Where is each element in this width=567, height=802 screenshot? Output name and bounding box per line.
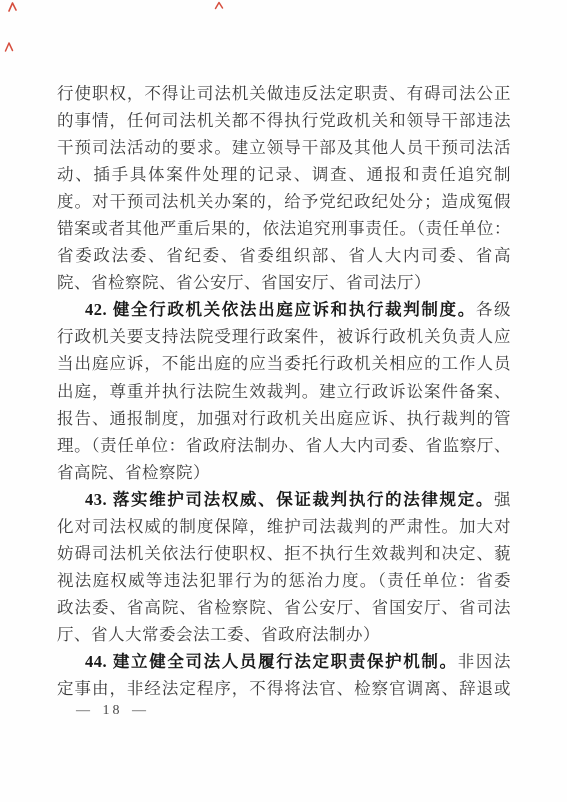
text-segment: 省高院、省检察院） [57, 463, 210, 482]
text-line: 42. 健全行政机关依法出庭应诉和执行裁判制度。各级 [57, 296, 511, 323]
text-line: 厅、省人大常委会法工委、省政府法制办） [57, 621, 511, 648]
text-segment: 度。对干预司法机关办案的，给予党纪政纪处分；造成冤假 [57, 192, 511, 211]
text-segment: 干预司法活动的要求。建立领导干部及其他人员干预司法活 [57, 138, 511, 157]
text-segment: 院、省检察院、省公安厅、省国安厅、省司法厅） [57, 273, 431, 292]
red-scan-mark-icon [7, 1, 19, 13]
text-segment: 厅、省人大常委会法工委、省政府法制办） [57, 625, 380, 644]
text-line: 度。对干预司法机关办案的，给予党纪政纪处分；造成冤假 [57, 188, 511, 215]
text-line: 干预司法活动的要求。建立领导干部及其他人员干预司法活 [57, 134, 511, 161]
text-line: 省高院、省检察院） [57, 459, 511, 486]
text-segment: 报告、通报制度，加强对行政机关出庭应诉、执行裁判的管 [57, 409, 511, 428]
red-scan-mark-icon [214, 1, 224, 10]
text-line: 当出庭应诉，不能出庭的应当委托行政机关相应的工作人员 [57, 350, 511, 377]
document-body: 行使职权，不得让司法机关做违反法定职责、有碍司法公正的事情，任何司法机关都不得执… [57, 80, 511, 702]
text-line: 省委政法委、省纪委、省委组织部、省人大内司委、省高 [57, 242, 511, 269]
document-page: 行使职权，不得让司法机关做违反法定职责、有碍司法公正的事情，任何司法机关都不得执… [0, 0, 567, 802]
red-scan-mark-icon [3, 41, 15, 53]
page-number: — 18 — [76, 703, 149, 719]
text-line: 错案或者其他严重后果的，依法追究刑事责任。（责任单位： [57, 215, 511, 242]
text-segment: 非因法 [458, 652, 511, 671]
bold-text-segment: 42. 健全行政机关依法出庭应诉和执行裁判制度。 [85, 300, 476, 319]
text-line: 行政机关要支持法院受理行政案件，被诉行政机关负责人应 [57, 323, 511, 350]
paragraph-item-42: 42. 健全行政机关依法出庭应诉和执行裁判制度。各级行政机关要支持法院受理行政案… [57, 296, 511, 485]
text-line: 定事由，非经法定程序，不得将法官、检察官调离、辞退或 [57, 675, 511, 702]
text-segment: 政法委、省高院、省检察院、省公安厅、省国安厅、省司法 [57, 598, 511, 617]
text-line: 院、省检察院、省公安厅、省国安厅、省司法厅） [57, 269, 511, 296]
text-segment: 省委政法委、省纪委、省委组织部、省人大内司委、省高 [57, 246, 511, 265]
text-segment: 当出庭应诉，不能出庭的应当委托行政机关相应的工作人员 [57, 354, 511, 373]
text-segment: 动、插手具体案件处理的记录、调查、通报和责任追究制 [57, 165, 511, 184]
text-segment: 行使职权，不得让司法机关做违反法定职责、有碍司法公正 [57, 84, 511, 103]
bold-text-segment: 43. 落实维护司法权威、保证裁判执行的法律规定。 [85, 490, 494, 509]
text-segment: 强 [494, 490, 511, 509]
text-line: 出庭，尊重并执行法院生效裁判。建立行政诉讼案件备案、 [57, 378, 511, 405]
text-segment: 各级 [476, 300, 511, 319]
text-line: 政法委、省高院、省检察院、省公安厅、省国安厅、省司法 [57, 594, 511, 621]
text-segment: 出庭，尊重并执行法院生效裁判。建立行政诉讼案件备案、 [57, 382, 511, 401]
text-segment: 的事情，任何司法机关都不得执行党政机关和领导干部违法 [57, 111, 511, 130]
text-line: 理。（责任单位：省政府法制办、省人大内司委、省监察厅、 [57, 432, 511, 459]
text-segment: 化对司法权威的制度保障，维护司法裁判的严肃性。加大对 [57, 517, 511, 536]
paragraph-intro-continuation: 行使职权，不得让司法机关做违反法定职责、有碍司法公正的事情，任何司法机关都不得执… [57, 80, 511, 296]
text-segment: 妨碍司法机关依法行使职权、拒不执行生效裁判和决定、藐 [57, 544, 511, 563]
text-line: 视法庭权威等违法犯罪行为的惩治力度。（责任单位：省委 [57, 567, 511, 594]
text-line: 44. 建立健全司法人员履行法定职责保护机制。非因法 [57, 648, 511, 675]
text-line: 动、插手具体案件处理的记录、调查、通报和责任追究制 [57, 161, 511, 188]
paragraph-item-44: 44. 建立健全司法人员履行法定职责保护机制。非因法定事由，非经法定程序，不得将… [57, 648, 511, 702]
text-line: 43. 落实维护司法权威、保证裁判执行的法律规定。强 [57, 486, 511, 513]
text-segment: 视法庭权威等违法犯罪行为的惩治力度。（责任单位：省委 [57, 571, 511, 590]
text-segment: 错案或者其他严重后果的，依法追究刑事责任。（责任单位： [57, 219, 511, 238]
text-line: 报告、通报制度，加强对行政机关出庭应诉、执行裁判的管 [57, 405, 511, 432]
text-line: 的事情，任何司法机关都不得执行党政机关和领导干部违法 [57, 107, 511, 134]
bold-text-segment: 44. 建立健全司法人员履行法定职责保护机制。 [85, 652, 458, 671]
text-segment: 理。（责任单位：省政府法制办、省人大内司委、省监察厅、 [57, 436, 511, 455]
text-line: 妨碍司法机关依法行使职权、拒不执行生效裁判和决定、藐 [57, 540, 511, 567]
text-segment: 行政机关要支持法院受理行政案件，被诉行政机关负责人应 [57, 327, 511, 346]
text-segment: 定事由，非经法定程序，不得将法官、检察官调离、辞退或 [57, 679, 511, 698]
text-line: 化对司法权威的制度保障，维护司法裁判的严肃性。加大对 [57, 513, 511, 540]
paragraph-item-43: 43. 落实维护司法权威、保证裁判执行的法律规定。强化对司法权威的制度保障，维护… [57, 486, 511, 648]
text-line: 行使职权，不得让司法机关做违反法定职责、有碍司法公正 [57, 80, 511, 107]
